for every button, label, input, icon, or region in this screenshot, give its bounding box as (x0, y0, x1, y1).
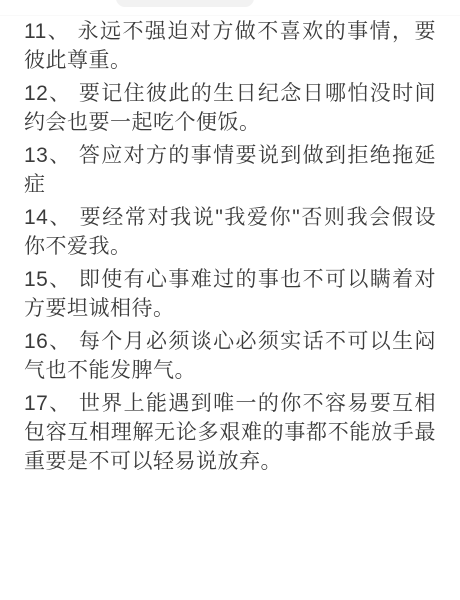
rules-list: 11、 永远不强迫对方做不喜欢的事情，要彼此尊重。 12、 要记住彼此的生日纪念… (24, 17, 436, 480)
list-item-14: 14、 要经常对我说"我爱你"否则我会假设你不爱我。 (24, 203, 436, 261)
list-item-11: 11、 永远不强迫对方做不喜欢的事情，要彼此尊重。 (24, 17, 436, 75)
list-item-15: 15、 即使有心事难过的事也不可以瞒着对方要坦诚相待。 (24, 265, 436, 323)
top-card-edge (116, 0, 254, 7)
list-item-13: 13、 答应对方的事情要说到做到拒绝拖延症 (24, 141, 436, 199)
page: 11、 永远不强迫对方做不喜欢的事情，要彼此尊重。 12、 要记住彼此的生日纪念… (0, 0, 460, 600)
list-item-17: 17、 世界上能遇到唯一的你不容易要互相包容互相理解无论多艰难的事都不能放手最重… (24, 389, 436, 476)
top-divider-line (0, 15, 460, 16)
list-item-12: 12、 要记住彼此的生日纪念日哪怕没时间约会也要一起吃个便饭。 (24, 79, 436, 137)
list-item-16: 16、 每个月必须谈心必须实话不可以生闷气也不能发脾气。 (24, 327, 436, 385)
